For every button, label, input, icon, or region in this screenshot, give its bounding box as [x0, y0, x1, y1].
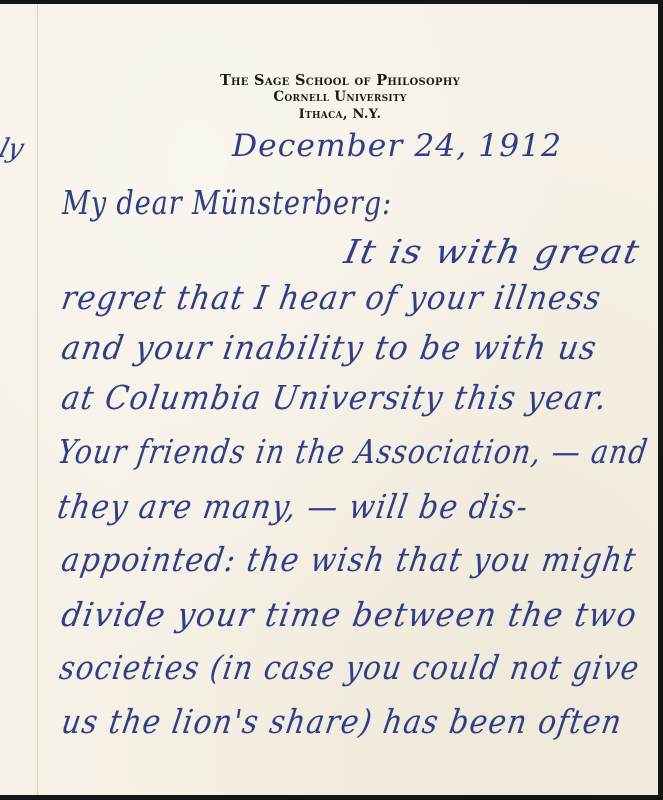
letter-line: and your inability to be with us [59, 328, 601, 367]
letter-line: regret that I hear of your illness [59, 278, 605, 317]
letter-line: us the lion's share) has been often [59, 702, 625, 741]
letter-line: societies (in case you could not give [57, 648, 643, 687]
letter-date: December 24, 1912 [232, 128, 562, 164]
paper-fold-line [37, 4, 38, 795]
letter-line: It is with great [341, 232, 644, 271]
letter-line: divide your time between the two [59, 595, 641, 634]
letter-line: they are many, — will be dis- [55, 487, 532, 526]
letterhead-university: Cornell University [170, 89, 510, 106]
letter-line: appointed: the wish that you might [59, 540, 640, 579]
letterhead-school: The Sage School of Philosophy [170, 72, 510, 89]
letter-salutation: My dear Münsterberg: [62, 183, 392, 222]
letter-line: Your friends in the Association, — and [55, 432, 651, 471]
letterhead: The Sage School of Philosophy Cornell Un… [170, 72, 510, 123]
letterhead-location: Ithaca, N.Y. [170, 106, 510, 123]
letter-line: at Columbia University this year. [59, 378, 611, 417]
